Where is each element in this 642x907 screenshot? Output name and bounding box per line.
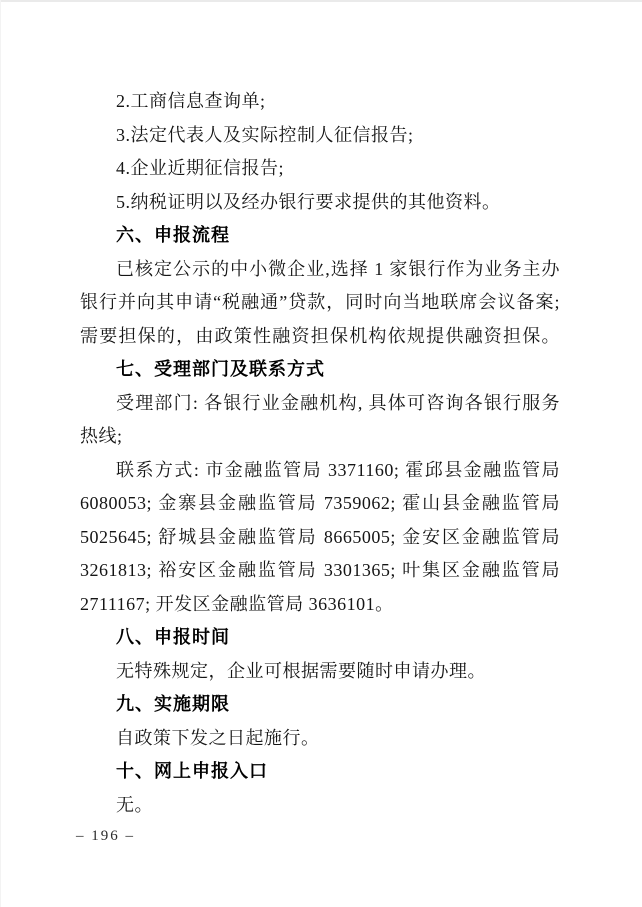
document-line: 无。 (80, 789, 560, 823)
document-line: 联系方式: 市金融监管局 3371160; 霍邱县金融监管局 (80, 454, 560, 488)
section-heading: 六、申报流程 (80, 219, 560, 253)
document-line: 2711167; 开发区金融监管局 3636101。 (80, 588, 560, 622)
document-line: 2.工商信息查询单; (80, 85, 560, 119)
section-heading: 七、受理部门及联系方式 (80, 353, 560, 387)
document-line: 需要担保的，由政策性融资担保机构依规提供融资担保。 (80, 320, 560, 354)
document-line: 已核定公示的中小微企业,选择 1 家银行作为业务主办 (80, 253, 560, 287)
document-line: 受理部门: 各银行业金融机构, 具体可咨询各银行服务 (80, 387, 560, 421)
document-line: 热线; (80, 420, 560, 454)
scan-left-edge (0, 0, 1, 907)
document-line: 3261813; 裕安区金融监管局 3301365; 叶集区金融监管局 (80, 554, 560, 588)
document-line: 3.法定代表人及实际控制人征信报告; (80, 119, 560, 153)
section-heading: 九、实施期限 (80, 688, 560, 722)
document-line: 自政策下发之日起施行。 (80, 722, 560, 756)
document-line: 4.企业近期征信报告; (80, 152, 560, 186)
scan-top-edge (0, 0, 642, 2)
section-heading: 十、网上申报入口 (80, 755, 560, 789)
document-body: 2.工商信息查询单;3.法定代表人及实际控制人征信报告;4.企业近期征信报告;5… (80, 85, 560, 822)
document-line: 5025645; 舒城县金融监管局 8665005; 金安区金融监管局 (80, 521, 560, 555)
document-page: 2.工商信息查询单;3.法定代表人及实际控制人征信报告;4.企业近期征信报告;5… (0, 0, 642, 907)
section-heading: 八、申报时间 (80, 621, 560, 655)
document-line: 无特殊规定，企业可根据需要随时申请办理。 (80, 655, 560, 689)
document-line: 5.纳税证明以及经办银行要求提供的其他资料。 (80, 186, 560, 220)
page-number: – 196 – (76, 828, 135, 845)
document-line: 银行并向其申请“税融通”贷款，同时向当地联席会议备案; (80, 286, 560, 320)
document-line: 6080053; 金寨县金融监管局 7359062; 霍山县金融监管局 (80, 487, 560, 521)
